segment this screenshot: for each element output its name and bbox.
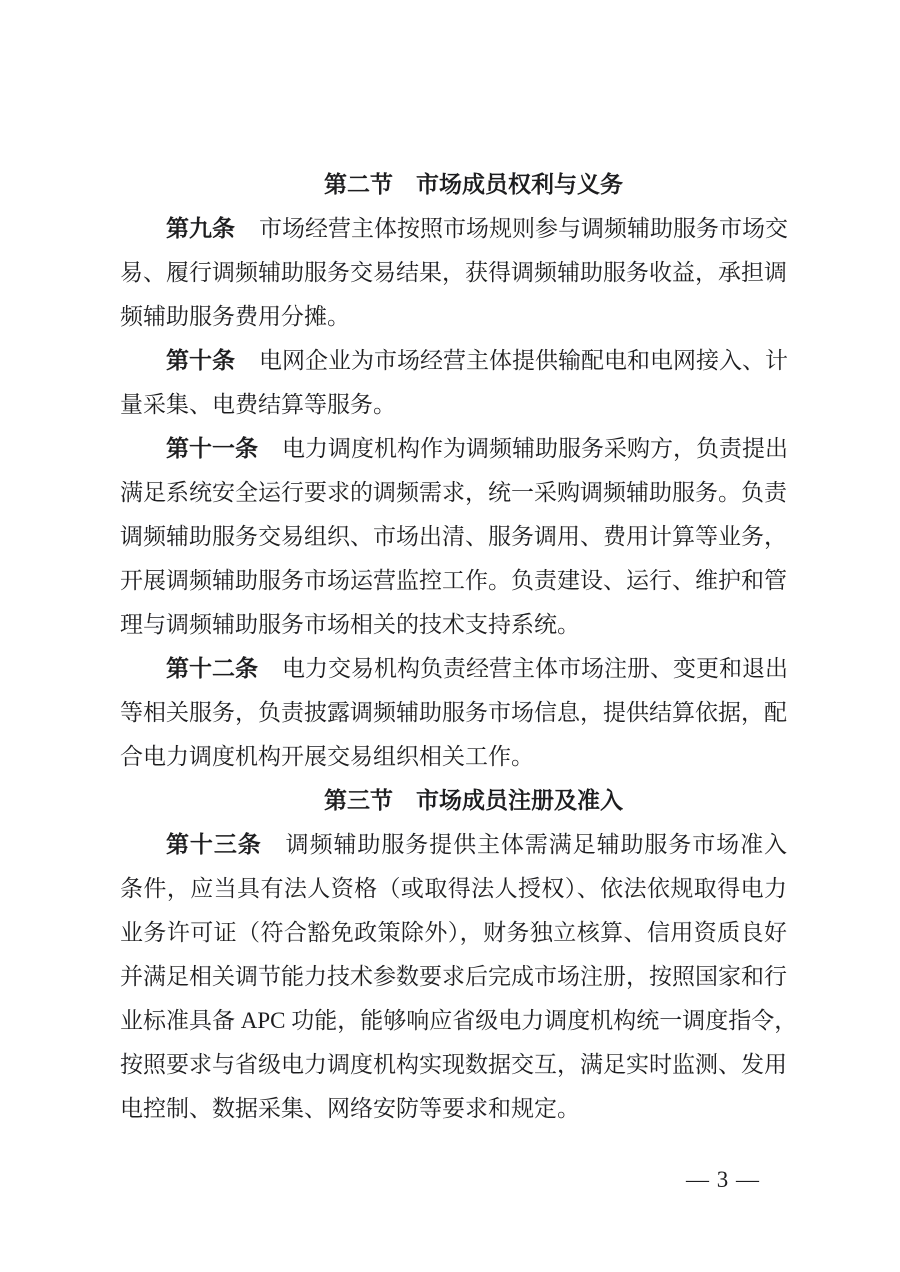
- paragraph-line: 合电力调度机构开展交易组织相关工作。: [120, 735, 787, 779]
- paragraph-line: 易、履行调频辅助服务交易结果，获得调频辅助服务收益，承担调: [120, 251, 787, 295]
- line-text: 市场经营主体按照市场规则参与调频辅助服务市场交: [259, 216, 787, 241]
- paragraph-line: 频辅助服务费用分摊。: [120, 295, 787, 339]
- paragraph-line: 电控制、数据采集、网络安防等要求和规定。: [120, 1087, 787, 1131]
- paragraph-line: 理与调频辅助服务市场相关的技术支持系统。: [120, 603, 787, 647]
- page-number: — 3 —: [686, 1162, 760, 1198]
- article-number-label: 第十二条: [166, 656, 258, 681]
- section-heading: 第三节 市场成员注册及准入: [140, 779, 807, 823]
- section-heading: 第二节 市场成员权利与义务: [140, 163, 807, 207]
- paragraph-line: 满足系统安全运行要求的调频需求，统一采购调频辅助服务。负责: [120, 471, 787, 515]
- article-number-label: 第十三条: [166, 832, 262, 857]
- paragraph-line: 并满足相关调节能力技术参数要求后完成市场注册，按照国家和行: [120, 955, 787, 999]
- paragraph-line: 第十一条电力调度机构作为调频辅助服务采购方，负责提出: [120, 427, 787, 471]
- paragraph-line: 调频辅助服务交易组织、市场出清、服务调用、费用计算等业务，: [120, 515, 787, 559]
- article-number-label: 第十条: [166, 348, 235, 373]
- line-text: 电力交易机构负责经营主体市场注册、变更和退出: [282, 656, 787, 681]
- paragraph-line: 业标准具备 APC 功能，能够响应省级电力调度机构统一调度指令，: [120, 999, 787, 1043]
- document-page: 第二节 市场成员权利与义务第九条市场经营主体按照市场规则参与调频辅助服务市场交易…: [0, 0, 900, 1272]
- paragraph-line: 业务许可证（符合豁免政策除外），财务独立核算、信用资质良好: [120, 911, 787, 955]
- paragraph-line: 第十二条电力交易机构负责经营主体市场注册、变更和退出: [120, 647, 787, 691]
- paragraph-line: 开展调频辅助服务市场运营监控工作。负责建设、运行、维护和管: [120, 559, 787, 603]
- article-number-label: 第九条: [166, 216, 235, 241]
- paragraph-line: 条件，应当具有法人资格（或取得法人授权）、依法依规取得电力: [120, 867, 787, 911]
- paragraph-line: 等相关服务，负责披露调频辅助服务市场信息，提供结算依据，配: [120, 691, 787, 735]
- paragraph-line: 第十条电网企业为市场经营主体提供输配电和电网接入、计: [120, 339, 787, 383]
- paragraph-line: 按照要求与省级电力调度机构实现数据交互，满足实时监测、发用: [120, 1043, 787, 1087]
- paragraph-line: 第十三条调频辅助服务提供主体需满足辅助服务市场准入: [120, 823, 787, 867]
- document-body: 第二节 市场成员权利与义务第九条市场经营主体按照市场规则参与调频辅助服务市场交易…: [120, 163, 787, 1131]
- paragraph-line: 第九条市场经营主体按照市场规则参与调频辅助服务市场交: [120, 207, 787, 251]
- line-text: 电力调度机构作为调频辅助服务采购方，负责提出: [282, 436, 787, 461]
- line-text: 调频辅助服务提供主体需满足辅助服务市场准入: [286, 832, 787, 857]
- line-text: 电网企业为市场经营主体提供输配电和电网接入、计: [259, 348, 787, 373]
- paragraph-line: 量采集、电费结算等服务。: [120, 383, 787, 427]
- article-number-label: 第十一条: [166, 436, 258, 461]
